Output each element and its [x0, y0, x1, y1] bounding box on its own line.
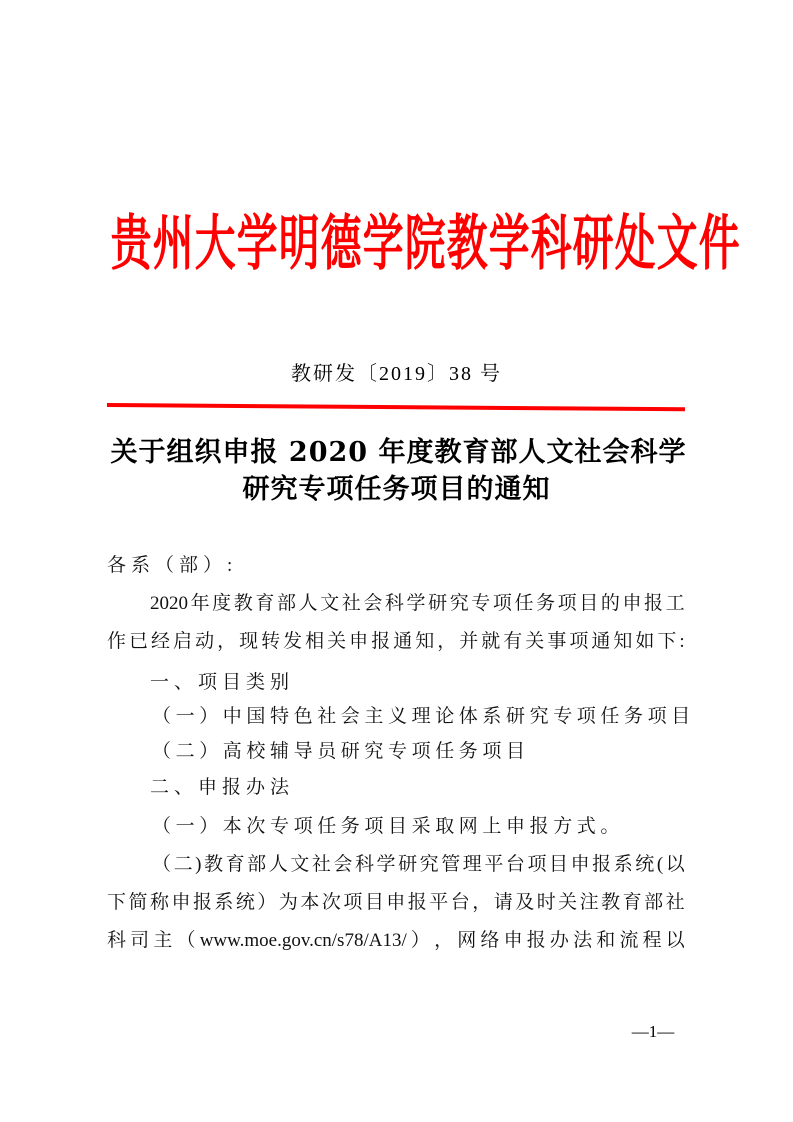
text-glyph: 并	[459, 627, 478, 657]
text-glyph: 现	[239, 627, 258, 657]
text-glyph: 下	[107, 888, 126, 918]
text-glyph: 理	[463, 850, 482, 880]
issuer-header-title: 贵州大学明德学院教学科研处文件	[104, 205, 692, 283]
header-glyph: 科	[531, 205, 560, 283]
text-glyph: 通	[393, 627, 412, 657]
text-glyph: 报	[193, 888, 212, 918]
header-glyph: 院	[405, 205, 434, 283]
text-glyph: 教	[601, 888, 620, 918]
text-glyph: 项	[493, 589, 512, 619]
text-glyph: 会	[363, 589, 382, 619]
text-glyph: 专	[471, 589, 490, 619]
text-glyph: www.moe.gov.cn/s78/A13/	[200, 926, 407, 956]
text-glyph: 目	[549, 850, 568, 880]
text-glyph: (	[657, 850, 663, 880]
header-glyph: 学	[489, 205, 518, 283]
text-glyph: 事	[547, 627, 566, 657]
text-glyph: 报	[527, 926, 546, 956]
text-glyph: 已	[129, 627, 148, 657]
text-glyph: 申	[504, 926, 523, 956]
text-glyph: 部	[644, 888, 663, 918]
text-glyph: 报	[408, 888, 427, 918]
text-glyph: 关	[558, 888, 577, 918]
header-glyph: 大	[195, 205, 224, 283]
text-glyph: 发	[283, 627, 302, 657]
text-glyph: （	[152, 850, 171, 880]
text-glyph: ，	[472, 888, 491, 918]
text-glyph: 目	[365, 888, 384, 918]
text-glyph: 启	[173, 627, 192, 657]
text-glyph: 如	[635, 627, 654, 657]
text-glyph: 的	[601, 589, 620, 619]
text-glyph: 时	[537, 888, 556, 918]
text-glyph: 称	[150, 888, 169, 918]
header-glyph: 学	[363, 205, 392, 283]
text-glyph: 络	[480, 926, 499, 956]
text-glyph: 简	[128, 888, 147, 918]
text-glyph: 经	[151, 627, 170, 657]
text-glyph: 学	[377, 850, 396, 880]
text-glyph: 教	[234, 589, 253, 619]
header-glyph: 处	[615, 205, 644, 283]
text-glyph: 本	[300, 888, 319, 918]
text-glyph: 部	[247, 850, 266, 880]
text-glyph: 和	[596, 926, 615, 956]
text-glyph: 转	[261, 627, 280, 657]
text-glyph: 申	[349, 627, 368, 657]
header-glyph: 明	[279, 205, 308, 283]
text-glyph: 社	[666, 888, 685, 918]
text-glyph: 报	[371, 627, 390, 657]
text-glyph: 关	[525, 627, 544, 657]
header-glyph: 学	[237, 205, 266, 283]
salutation: 各系（部）:	[107, 551, 237, 581]
text-glyph: 网	[457, 926, 476, 956]
text-glyph: 文	[320, 589, 339, 619]
document-page: 贵州大学明德学院教学科研处文件 教研发〔2019〕38 号 关于组织申报 202…	[0, 0, 793, 1122]
notice-title-line-1: 关于组织申报 2020 年度教育部人文社会科学	[2, 435, 793, 471]
text-glyph: 统	[236, 888, 255, 918]
text-glyph: )	[195, 850, 201, 880]
text-glyph: 项	[558, 589, 577, 619]
body-paragraph-1-line-2: 作已经启动，现转发相关申报通知，并就有关事项通知如下:	[107, 627, 685, 657]
text-glyph: 平	[429, 888, 448, 918]
document-number: 教研发〔2019〕38 号	[0, 360, 793, 388]
text-glyph: ）	[257, 888, 276, 918]
text-glyph: 会	[333, 850, 352, 880]
text-glyph: 以	[666, 850, 685, 880]
text-glyph: 注	[580, 888, 599, 918]
text-glyph: 育	[255, 589, 274, 619]
text-glyph: 系	[614, 850, 633, 880]
section-heading-project-category: 一、项目类别	[150, 668, 294, 698]
text-glyph: 平	[484, 850, 503, 880]
text-glyph: 相	[305, 627, 324, 657]
text-glyph: 知	[415, 627, 434, 657]
text-glyph: 主	[153, 926, 172, 956]
text-glyph: 办	[550, 926, 569, 956]
text-glyph: 司	[130, 926, 149, 956]
text-glyph: 科	[107, 926, 126, 956]
text-glyph: :	[679, 627, 684, 657]
text-glyph: 任	[514, 589, 533, 619]
text-glyph: 部	[277, 589, 296, 619]
text-glyph: 动	[195, 627, 214, 657]
list-item-method-2-line-1: （二)教育部人文社会科学研究管理平台项目申报系统(以	[152, 850, 685, 880]
text-glyph: 台	[451, 888, 470, 918]
text-glyph: 及	[515, 888, 534, 918]
text-glyph: ，	[217, 627, 236, 657]
text-glyph: 有	[503, 627, 522, 657]
text-glyph: 度	[212, 589, 231, 619]
text-glyph: 管	[441, 850, 460, 880]
text-glyph: 关	[327, 627, 346, 657]
section-heading-application-method: 二、申报办法	[150, 773, 294, 803]
text-glyph: 究	[450, 589, 469, 619]
text-glyph: 为	[279, 888, 298, 918]
header-glyph: 研	[573, 205, 602, 283]
text-glyph: 法	[573, 926, 592, 956]
text-glyph: 科	[355, 850, 374, 880]
text-glyph: 申	[171, 888, 190, 918]
text-glyph: 项	[343, 888, 362, 918]
red-divider-rule	[107, 403, 685, 411]
text-glyph: 申	[386, 888, 405, 918]
text-glyph: 研	[398, 850, 417, 880]
notice-title-line-2: 研究专项任务项目的通知	[0, 472, 793, 508]
header-glyph: 教	[447, 205, 476, 283]
text-glyph: 育	[623, 888, 642, 918]
text-glyph: ，	[434, 926, 453, 956]
text-glyph: 台	[506, 850, 525, 880]
text-glyph: 作	[107, 627, 126, 657]
text-glyph: 教	[204, 850, 223, 880]
text-glyph: 文	[290, 850, 309, 880]
text-glyph: 流	[619, 926, 638, 956]
text-glyph: 项	[569, 627, 588, 657]
header-glyph: 文	[657, 205, 686, 283]
text-glyph: 学	[407, 589, 426, 619]
text-glyph: ，	[437, 627, 456, 657]
text-glyph: 目	[579, 589, 598, 619]
list-item-category-2: （二）高校辅导员研究专项任务项目	[152, 737, 530, 767]
text-glyph: 人	[299, 589, 318, 619]
header-glyph: 件	[699, 205, 728, 283]
text-glyph: 程	[643, 926, 662, 956]
text-glyph: 下	[657, 627, 676, 657]
header-glyph: 州	[153, 205, 182, 283]
text-glyph: ）	[411, 926, 430, 956]
text-glyph: 工	[666, 589, 685, 619]
text-glyph: 社	[312, 850, 331, 880]
text-glyph: 请	[494, 888, 513, 918]
text-glyph: 年	[191, 589, 210, 619]
text-glyph: 以	[666, 926, 685, 956]
text-glyph: 统	[635, 850, 654, 880]
text-glyph: 系	[214, 888, 233, 918]
text-glyph: 科	[385, 589, 404, 619]
text-glyph: 2020	[150, 589, 188, 619]
text-glyph: 通	[591, 627, 610, 657]
text-glyph: 育	[226, 850, 245, 880]
text-glyph: 社	[342, 589, 361, 619]
header-glyph: 德	[321, 205, 350, 283]
text-glyph: 究	[420, 850, 439, 880]
header-glyph: 贵	[111, 205, 140, 283]
text-glyph: 项	[527, 850, 546, 880]
list-item-method-1: （一）本次专项任务项目采取网上申报方式。	[152, 812, 624, 842]
list-item-method-2-line-2: 下简称申报系统）为本次项目申报平台，请及时关注教育部社	[107, 888, 685, 918]
text-glyph: 报	[592, 850, 611, 880]
list-item-category-1: （一）中国特色社会主义理论体系研究专项任务项目	[152, 702, 695, 732]
text-glyph: 申	[622, 589, 641, 619]
text-glyph: 申	[571, 850, 590, 880]
text-glyph: （	[177, 926, 196, 956]
text-glyph: 人	[269, 850, 288, 880]
text-glyph: 次	[322, 888, 341, 918]
text-glyph: 知	[613, 627, 632, 657]
text-glyph: 研	[428, 589, 447, 619]
page-number: —1—	[628, 1020, 678, 1044]
text-glyph: 就	[481, 627, 500, 657]
text-glyph: 务	[536, 589, 555, 619]
body-paragraph-1-line-1: 2020年度教育部人文社会科学研究专项任务项目的申报工	[150, 589, 685, 619]
text-glyph: 二	[174, 850, 193, 880]
list-item-method-2-line-3: 科司主（www.moe.gov.cn/s78/A13/），网络申报办法和流程以	[107, 926, 685, 956]
text-glyph: 报	[644, 589, 663, 619]
